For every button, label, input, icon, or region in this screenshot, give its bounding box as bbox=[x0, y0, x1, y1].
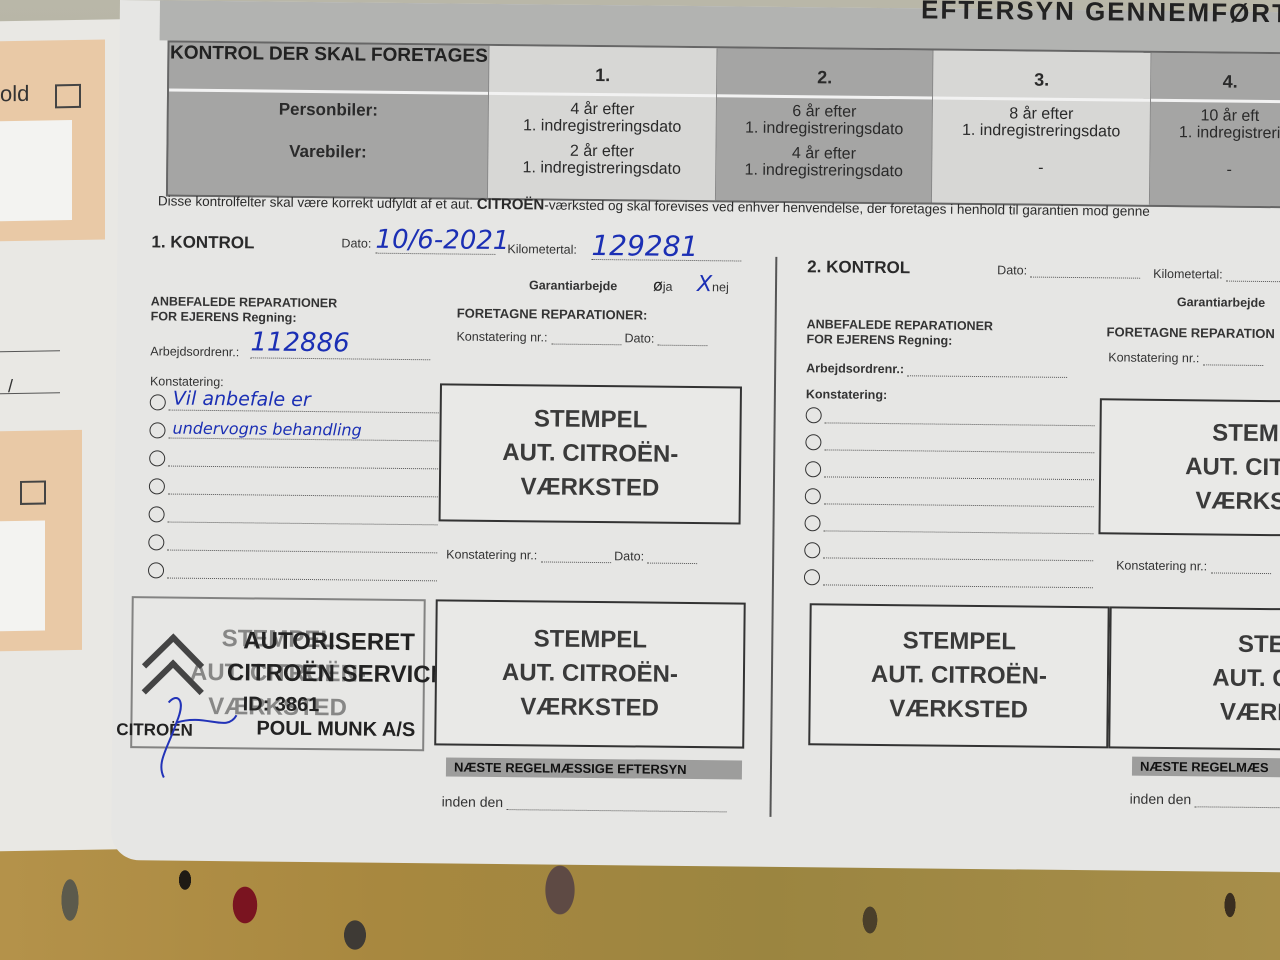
inden-row: inden den bbox=[1130, 791, 1280, 809]
km-field[interactable] bbox=[1226, 281, 1280, 283]
circle-checkbox[interactable] bbox=[804, 569, 820, 585]
stamp-line: AUT. CIT bbox=[1212, 661, 1280, 696]
column-1: 1. 4 år efter1. indregistreringsdato 2 å… bbox=[488, 46, 718, 200]
tan-panel-bottom bbox=[0, 430, 82, 651]
stamp-line: VÆRKSTED bbox=[520, 690, 659, 725]
tan-label: old bbox=[0, 81, 29, 108]
garanti-nej-option[interactable]: Xnej bbox=[697, 272, 729, 297]
inden-row: inden den bbox=[442, 793, 728, 812]
cell-text: 1. indregistreringsdato bbox=[716, 161, 931, 180]
konstatering-row[interactable] bbox=[804, 569, 1093, 588]
arbejdsordre-field[interactable]: 112886 bbox=[250, 327, 430, 360]
kontrol-2-title: 2. KONTROL bbox=[807, 257, 910, 278]
km-value: 129281 bbox=[591, 229, 698, 263]
circle-checkbox[interactable] bbox=[804, 542, 820, 558]
rule-line bbox=[0, 350, 60, 352]
column-number: 3. bbox=[933, 69, 1150, 92]
circle-checkbox[interactable] bbox=[149, 422, 165, 438]
cell-text: 1. indregistreringsdato bbox=[488, 159, 715, 178]
circle-checkbox[interactable] bbox=[805, 461, 821, 477]
anbefalede-label: ANBEFALEDE REPARATIONER FOR EJERENS Regn… bbox=[151, 294, 338, 326]
konst-nr-row: Konstatering nr.: Dato: bbox=[456, 330, 708, 347]
stamp-line: AUT. CITROËN- bbox=[502, 436, 678, 472]
konstatering-row[interactable] bbox=[149, 450, 438, 469]
arbejdsordre-value: 112886 bbox=[250, 327, 350, 358]
row-label-personbiler: Personbiler: bbox=[169, 99, 488, 122]
km-field[interactable]: 129281 bbox=[591, 229, 741, 262]
konstatering-list bbox=[808, 229, 1280, 234]
kontrol-2-section: 2. KONTROL Dato: Kilometertal: Garantiar… bbox=[808, 229, 1280, 234]
stamp-line: STEMPEL bbox=[533, 622, 647, 657]
circle-checkbox[interactable] bbox=[805, 488, 821, 504]
service-booklet-page: EFTERSYN GENNEMFØRT KONTROL DER SKAL FOR… bbox=[111, 0, 1280, 872]
circle-checkbox[interactable] bbox=[150, 394, 166, 410]
stamp-line: AUT. CITROËN- bbox=[502, 656, 678, 692]
signature bbox=[146, 692, 277, 783]
stamp-line: STEMPEL bbox=[534, 402, 648, 437]
stamp-citroen-service: CITROËN SERVICE bbox=[227, 659, 447, 689]
rule-line bbox=[0, 392, 60, 394]
konstatering-row[interactable] bbox=[149, 478, 438, 497]
konstatering-text: Vil anbefale er bbox=[173, 388, 311, 411]
konstatering-row[interactable]: undervogns behandling bbox=[149, 422, 438, 441]
anbefalede-label: ANBEFALEDE REPARATIONER FOR EJERENS Regn… bbox=[806, 317, 993, 349]
inden-field[interactable] bbox=[1195, 806, 1280, 808]
dato-value: 10/6-2021 bbox=[375, 225, 509, 256]
stamp-box: STEMPEL AUT. CITROËN- VÆRKSTED bbox=[434, 599, 746, 748]
checkbox[interactable] bbox=[55, 84, 81, 108]
kontrol-1-section: 1. KONTROL Dato: 10/6-2021 Kilometertal:… bbox=[152, 222, 772, 228]
stamp-box: STEMPI AUT. CITR VÆRKST bbox=[1098, 398, 1280, 536]
konst-nr-label: Konstatering nr.: bbox=[456, 330, 547, 345]
konstatering-row[interactable] bbox=[149, 506, 438, 525]
stamp-autoriseret: AUTORISERET bbox=[243, 627, 415, 657]
circle-checkbox[interactable] bbox=[149, 450, 165, 466]
cell-text: 10 år eft bbox=[1151, 107, 1280, 126]
konstatering-row[interactable] bbox=[148, 534, 437, 553]
foretagne-label: FORETAGNE REPARATION bbox=[1107, 324, 1275, 341]
control-schedule-table: KONTROL DER SKAL FORETAGES Personbiler: … bbox=[166, 41, 1280, 209]
circle-checkbox[interactable] bbox=[804, 515, 820, 531]
konst-nr-label: Konstatering nr.: bbox=[1116, 558, 1207, 573]
stamp-line: VÆRKSTED bbox=[889, 692, 1028, 727]
column-4: 4. 10 år eft1. indregistreri - bbox=[1150, 53, 1280, 207]
konstatering-label: Konstatering: bbox=[806, 387, 887, 402]
cell-text: 1. indregistreri bbox=[1151, 124, 1280, 143]
stamp-box: STEMPEL AUT. CITROËN- VÆRKSTED bbox=[439, 383, 742, 524]
km-label: Kilometertal: bbox=[1153, 267, 1280, 282]
stamp-line: STEMPI bbox=[1212, 416, 1280, 451]
konst-nr-field[interactable] bbox=[551, 344, 621, 346]
notice-prefix: Disse kontrolfelter skal være korrekt ud… bbox=[158, 193, 477, 211]
table-header-label-cell: KONTROL DER SKAL FORETAGES Personbiler: … bbox=[168, 43, 490, 198]
konstatering-row[interactable]: Vil anbefale er bbox=[150, 394, 439, 413]
konstatering-row[interactable] bbox=[148, 562, 437, 581]
naeste-eftersyn-label: NÆSTE REGELMÆSSIGE EFTERSYN bbox=[446, 757, 742, 779]
dato-label: Dato: bbox=[341, 236, 371, 250]
naeste-eftersyn-label: NÆSTE REGELMÆS bbox=[1132, 757, 1280, 778]
circle-checkbox[interactable] bbox=[149, 478, 165, 494]
circle-checkbox[interactable] bbox=[806, 407, 822, 423]
stamp-line: VÆRKST bbox=[1195, 484, 1280, 519]
anbefalede-line: FOR EJERENS Regning: bbox=[151, 309, 338, 326]
cell-text: 1. indregistreringsdato bbox=[933, 122, 1150, 141]
column-2: 2. 6 år efter1. indregistreringsdato 4 å… bbox=[716, 48, 934, 202]
notice-brand: CITROËN bbox=[477, 196, 545, 214]
konst-nr-label: Konstatering nr.: bbox=[1108, 350, 1199, 365]
inden-label: inden den bbox=[442, 793, 504, 810]
konst-nr-field[interactable] bbox=[541, 561, 611, 563]
stamp-line: STEMI bbox=[1238, 628, 1280, 663]
column-number: 2. bbox=[717, 66, 932, 89]
tan-panel-top: old bbox=[0, 39, 105, 241]
dato-short-field[interactable] bbox=[658, 345, 708, 347]
konstatering-row[interactable] bbox=[804, 542, 1093, 561]
circle-checkbox[interactable] bbox=[805, 434, 821, 450]
stamp-line: AUT. CITR bbox=[1185, 450, 1280, 485]
konst-nr-row: Konstatering nr.: Dato: bbox=[446, 547, 698, 564]
cell-text: 1. indregistreringsdato bbox=[489, 117, 716, 136]
konstatering-row[interactable] bbox=[804, 515, 1093, 534]
stamp-dealer: POUL MUNK A/S bbox=[256, 717, 415, 742]
km-label: Kilometertal: bbox=[507, 242, 577, 257]
circle-checkbox[interactable] bbox=[148, 562, 164, 578]
km-label-text: Kilometertal: bbox=[1153, 267, 1223, 282]
ja-mark: ø bbox=[653, 276, 663, 295]
stamp-line: AUT. CITROËN- bbox=[871, 658, 1047, 694]
konst-nr-field[interactable] bbox=[1203, 364, 1263, 366]
ja-label: ja bbox=[663, 280, 673, 294]
cell-text: - bbox=[1150, 161, 1280, 180]
dato-short-label: Dato: bbox=[624, 331, 654, 345]
arbejdsordre-label: Arbejdsordrenr.: bbox=[150, 344, 239, 359]
column-3: 3. 8 år efter1. indregistreringsdato - bbox=[932, 51, 1152, 205]
garanti-ja-option[interactable]: øja bbox=[653, 276, 673, 296]
konst-nr-label: Konstatering nr.: bbox=[446, 547, 537, 562]
dato-field[interactable]: 10/6-2021 bbox=[375, 225, 495, 255]
column-divider bbox=[769, 257, 777, 817]
nej-mark: X bbox=[697, 272, 712, 297]
konstatering-text: undervogns behandling bbox=[172, 419, 361, 440]
dato-short-label: Dato: bbox=[614, 549, 644, 563]
dato-field[interactable] bbox=[1031, 277, 1141, 279]
column-number: 1. bbox=[489, 64, 716, 87]
nej-label: nej bbox=[712, 280, 729, 294]
photo-area bbox=[0, 120, 72, 221]
konstatering-row[interactable] bbox=[805, 461, 1094, 480]
arbejdsordre-row: Arbejdsordrenr.: bbox=[806, 361, 1068, 378]
checkbox[interactable] bbox=[20, 481, 46, 505]
kontrol-1-title: 1. KONTROL bbox=[151, 232, 254, 253]
konst-nr-field[interactable] bbox=[1211, 572, 1271, 574]
konst-nr-row: Konstatering nr.: bbox=[1108, 350, 1263, 366]
cell-text: 1. indregistreringsdato bbox=[717, 119, 932, 138]
garanti-label: Garantiarbejde bbox=[1177, 295, 1265, 310]
konstatering-row[interactable] bbox=[806, 407, 1095, 426]
row-label-varebiler: Varebiler: bbox=[168, 141, 487, 164]
garanti-label: Garantiarbejde bbox=[529, 278, 617, 293]
circle-checkbox[interactable] bbox=[148, 534, 164, 550]
stamp-box: STEMI AUT. CIT VÆRKS bbox=[1108, 606, 1280, 750]
circle-checkbox[interactable] bbox=[149, 506, 165, 522]
top-strip-text: EFTERSYN GENNEMFØRT bbox=[921, 0, 1280, 29]
dato-label-text: Dato: bbox=[997, 263, 1027, 277]
inden-label: inden den bbox=[1130, 791, 1192, 808]
arbejdsordre-field[interactable] bbox=[908, 375, 1068, 378]
stamp-line: STEMPEL bbox=[902, 624, 1016, 659]
konst-nr-row: Konstatering nr.: bbox=[1116, 558, 1271, 574]
column-number: 4. bbox=[1151, 71, 1280, 94]
table-title: KONTROL DER SKAL FORETAGES bbox=[169, 43, 488, 90]
anbefalede-line: FOR EJERENS Regning: bbox=[806, 332, 993, 349]
dato-label: Dato: bbox=[997, 263, 1141, 279]
cell-text: - bbox=[932, 159, 1149, 178]
photo-area bbox=[0, 521, 45, 632]
stamp-line: VÆRKS bbox=[1220, 696, 1280, 731]
dato-short-field[interactable] bbox=[648, 563, 698, 565]
konstatering-row[interactable] bbox=[805, 434, 1094, 453]
konstatering-row[interactable] bbox=[805, 488, 1094, 507]
stamp-box: STEMPEL AUT. CITROËN- VÆRKSTED bbox=[808, 603, 1109, 748]
inden-field[interactable] bbox=[507, 809, 727, 812]
arbejdsordre-label: Arbejdsordrenr.: bbox=[806, 361, 904, 376]
foretagne-label: FORETAGNE REPARATIONER: bbox=[457, 306, 648, 323]
stamp-line: VÆRKSTED bbox=[520, 470, 659, 505]
